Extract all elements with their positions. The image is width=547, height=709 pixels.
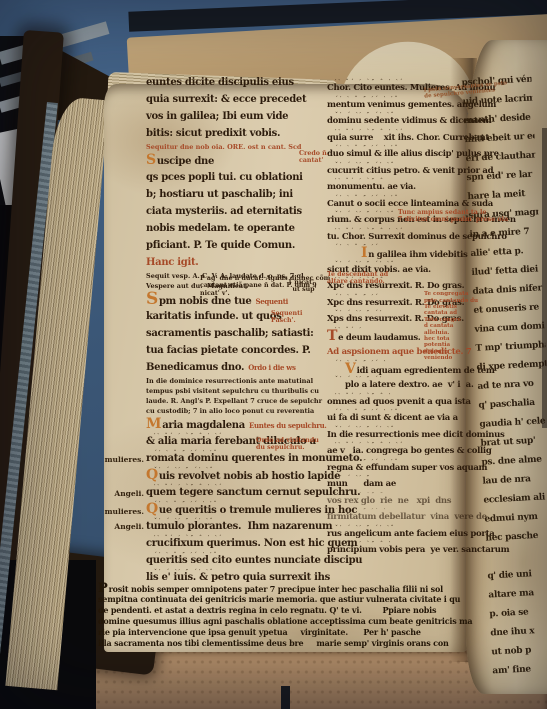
neume-notation-marks: ˇ′ ´ ‵′ ″ ´′ ‵ˆ xyxy=(335,108,396,125)
line-text: vos in galilea; Ibi eum vide xyxy=(146,111,288,122)
manuscript-text-line: qs pces popli tui. cu oblationi xyxy=(146,169,311,186)
line-text: laude. R. Angl's P. Expellant 7 cruce de… xyxy=(146,397,322,405)
rubric-suffix: Ordo i die ws xyxy=(248,363,295,372)
neume-notation-marks: ′‵ ˇ´ ′ xyxy=(335,323,363,340)
neume-notation-marks: ˇ′ ´ ‵′ ″ ´′ xyxy=(335,372,383,389)
line-text: Sequitur dne nob oia. ORE. ost n cant. S… xyxy=(146,143,301,151)
line-text: de pendenti. et astat a dextris regina i… xyxy=(98,605,436,615)
left-page-column-1: euntes dicite discipulis eiusquia surrex… xyxy=(146,74,311,586)
neume-notation-marks: ´′ ‵ ˇ ″ ′´ ‵ ′ˇ xyxy=(335,92,400,109)
margin-note-te-descendant: Te descendant adaltare cantando. xyxy=(327,248,388,286)
bottom-addendum-prayer: Prosit nobis semper omnipotens pater 7 p… xyxy=(98,583,470,649)
note-line: altare cantando. xyxy=(327,278,388,286)
neume-notation-marks: ′‵ ˇ´ ′ `″ ˆ ′ ‵´ xyxy=(335,125,405,142)
neume-notation-marks: ˇ′ ´ ‵′ ″ ´′ ‵ˆ xyxy=(335,422,396,439)
line-text: tempus psbi visitent sepulchru cu thurib… xyxy=(146,387,319,395)
addendum-text-line: sempitna continuata dei genitricis marie… xyxy=(98,594,470,605)
neume-notation-marks: ´′ ‵ ˇ ″ ′´ ‵ ′ˇ xyxy=(335,191,400,208)
margin-note-sequentia: SequentiPasch'. xyxy=(271,287,302,325)
neume-notation-marks: ´′ ‵ ˇ ″ ′´ ‵ ′ˇ xyxy=(335,405,400,422)
manuscript-text-line: Benedicamus dno.Ordo i die ws xyxy=(146,359,311,376)
neume-notation-marks: ˇ′ ´ ‵′ ″ ´′ ‵ˆ xyxy=(154,564,215,581)
neume-notation-marks: ′‵ ˇ´ ′ `″ ˆ ′ ‵´ xyxy=(335,75,405,92)
neume-notation-marks: ´′ ‵ ˇ ″ ′´ ‵ ′ˇ xyxy=(335,141,400,158)
manuscript-text-line: laude. R. Angl's P. Expellant 7 cruce de… xyxy=(146,396,311,406)
neume-notation-marks: ′‵ ˇ´ ′ `″ ˆ xyxy=(335,174,385,191)
photo-open-medieval-manuscript: euntes dicite discipulis eiusquia surrex… xyxy=(0,0,547,709)
manuscript-text-line: b; hostiaru ut paschalib; ini xyxy=(146,186,311,203)
neume-notation-marks: ′‵ ˇ´ ′ `″ ˆ ′ ‵´ xyxy=(335,224,405,241)
addendum-text-line: illa sacramenta nos tibi clementissime d… xyxy=(98,638,470,649)
note-line: veniendo xyxy=(424,355,478,361)
line-text: domine quesumus illius agni paschalis ob… xyxy=(98,616,472,626)
addendum-text-line: rie pia intervencione que ipsa genuit yp… xyxy=(98,627,470,638)
neume-notation-marks: ´′ ‵ ˇ ″ ′´ ‵ ′ˇ xyxy=(154,496,219,513)
line-text: nobis medelam. te operante xyxy=(146,223,295,234)
neume-notation-marks: ´′ ‵ ˇ ″ ′´ ‵ xyxy=(335,356,387,373)
note-line: 7 dicitur omni psalm' prose oia xyxy=(398,216,508,224)
neume-notation-marks: ′‵ ˇ´ ′ `″ ˆ ′ ‵´ xyxy=(154,479,224,496)
margin-note-tunc: Tunc ampius sedant ta le7 dicitur omni p… xyxy=(398,186,508,224)
manuscript-text-line: tua facias pietate concordes. P. xyxy=(146,342,311,359)
line-text: Hanc igit. xyxy=(146,257,198,268)
margin-speaker-labels: mulieres.Angeli.mulieres.Angeli. xyxy=(100,455,144,532)
line-text: sempitna continuata dei genitricis marie… xyxy=(98,594,460,604)
neume-notation-marks: ´′ ‵ ˇ ″ ′´ ‵ xyxy=(335,504,387,521)
neume-notation-marks: ˇ′ ´ ‵′ ″ ´′ ‵ˆ xyxy=(335,207,396,224)
note-line: } nicat' xyxy=(288,279,317,287)
manuscript-text-line: vos in galilea; Ibi eum vide xyxy=(146,108,311,125)
note-line: cantat' xyxy=(299,157,329,165)
neume-notation-marks: ′‵ ˇ´ ′ `″ ˆ ′ ‵´ xyxy=(154,530,224,547)
line-text: Benedicamus dno. xyxy=(146,362,244,373)
manuscript-text-line: ′‵ ˇ´ ′ `″ ˆ ′principium vobis pera ye v… xyxy=(327,542,467,559)
note-line: du sepulchru. xyxy=(256,444,319,452)
neume-notation-marks: ′‵ ˇ´ ′ `″ ˆ ′ xyxy=(335,389,392,406)
line-text: tua facias pietate concordes. P. xyxy=(146,345,311,356)
neume-notation-marks: ′‵ ˇ´ ′ `″ ˆ ′ ‵´ xyxy=(154,428,224,445)
line-text: pm nobis dne tue xyxy=(159,296,251,307)
right-page-text-line: am' fine xyxy=(492,659,547,682)
neume-notation-marks: ′‵ ˇ´ ′ `″ ˆ xyxy=(335,488,385,505)
neume-notation-marks: ˇ′ ´ ‵′ ″ ´′ xyxy=(335,306,383,323)
note-line: Pasch'. xyxy=(271,317,302,325)
margin-note-ordo-visitandi: Ordo ad visitandudu sepulchru. xyxy=(256,414,319,452)
line-text: euntes dicite discipulis eius xyxy=(146,77,294,88)
manuscript-text-line: tempus psbi visitent sepulchru cu thurib… xyxy=(146,386,311,396)
note-line: Sequenti xyxy=(271,310,302,318)
bookmark-strap xyxy=(281,686,290,709)
line-text: quia surrexit: & ecce precedet xyxy=(146,94,306,105)
neume-notation-marks: ˇ′ ´ ‵′ ″ ´′ ‵ˆ xyxy=(335,158,396,175)
manuscript-text-line: Sequitur dne nob oia. ORE. ost n cant. S… xyxy=(146,142,311,152)
neume-notation-marks: ˇ′ ´ ‵′ ″ xyxy=(335,471,371,488)
speaker-label: Angeli. xyxy=(100,489,144,499)
addendum-text-line: de pendenti. et astat a dextris regina i… xyxy=(98,605,470,616)
speaker-label: mulieres. xyxy=(100,507,144,517)
manuscript-text-line: ciata mysteriis. ad eternitatis xyxy=(146,203,311,220)
speaker-label: Angeli. xyxy=(100,522,144,532)
neume-notation-marks: ˇ′ ´ ‵′ ″ ´′ ‵ˆ xyxy=(154,462,215,479)
note-line: Tunc ampius sedant ta le xyxy=(398,209,508,217)
line-text: rosit nobis semper omnipotens pater 7 pr… xyxy=(109,584,443,594)
line-text: qs pces popli tui. cu oblationi xyxy=(146,172,303,183)
decorated-initial: S xyxy=(146,289,158,309)
neume-notation-marks: ´′ ‵ ˇ ″ ′´ ‵ ′ˇ xyxy=(335,455,400,472)
manuscript-text-line: quia surrexit: & ecce precedet xyxy=(146,91,311,108)
manuscript-text-line: In die dominice resurrectionis ante matu… xyxy=(146,376,311,386)
line-text: illa sacramenta nos tibi clementissime d… xyxy=(98,638,449,648)
line-text: karitatis infunde. ut quos xyxy=(146,311,281,322)
decorated-initial: S xyxy=(146,152,156,168)
neume-notation-marks: ´′ ‵ ˇ ″ ′´ ‵ ′ˇ xyxy=(154,445,219,462)
manuscript-text-line: euntes dicite discipulis eius xyxy=(146,74,311,91)
line-text: pficiant. P. Te quide Comun. xyxy=(146,240,295,251)
margin-note-credo: Credo ñ.cantat' xyxy=(299,127,329,165)
note-line: Ordo ad visitandu xyxy=(256,437,319,445)
manuscript-text-line: Suscipe dne xyxy=(146,152,311,169)
neume-notation-marks: ′‵ ˇ´ ′ `″ ˆ ′ ‵´ xyxy=(335,438,405,455)
speaker-label: mulieres. xyxy=(100,455,144,465)
manuscript-text-line: nobis medelam. te operante xyxy=(146,220,311,237)
line-text: ciata mysteriis. ad eternitatis xyxy=(146,206,302,217)
neume-notation-marks: ´′ ‵ ˇ ″ ′´ ‵ ′ˇ xyxy=(154,547,219,564)
line-text: rie pia intervencione que ipsa genuit yp… xyxy=(98,627,421,637)
note-line: Credo ñ. xyxy=(299,150,329,158)
line-text: uscipe dne xyxy=(157,156,214,167)
manuscript-text-line: sacramentis paschalib; satiasti: xyxy=(146,325,311,342)
line-text: In die dominice resurrectionis ante matu… xyxy=(146,377,313,385)
note-line: Te descendant ad xyxy=(327,271,388,279)
line-text: bitis: sicut predixit vobis. xyxy=(146,128,280,139)
neume-notation-marks: ˇ′ ´ ‵′ ″ ´′ ‵ˆ xyxy=(154,513,215,530)
neume-notation-marks: ′‵ ˇ´ ′ `″ ˆ ′ xyxy=(335,537,392,554)
addendum-text-line: Prosit nobis semper omnipotens pater 7 p… xyxy=(98,583,470,594)
margin-note-te-congregata: Te congregatapste cantando duTe elevatis… xyxy=(424,272,478,362)
neume-notation-marks: ˇ′ ´ ‵′ ″ ´′ ‵ˆ xyxy=(335,521,396,538)
addendum-text-line: domine quesumus illius agni paschalis ob… xyxy=(98,616,470,627)
manuscript-text-line: bitis: sicut predixit vobis. xyxy=(146,125,311,142)
line-text: sacramentis paschalib; satiasti: xyxy=(146,328,314,339)
line-text: b; hostiaru ut paschalib; ini xyxy=(146,189,293,200)
neume-notation-marks: ´′ ‵ ˇ ″ ′´ xyxy=(335,290,380,307)
